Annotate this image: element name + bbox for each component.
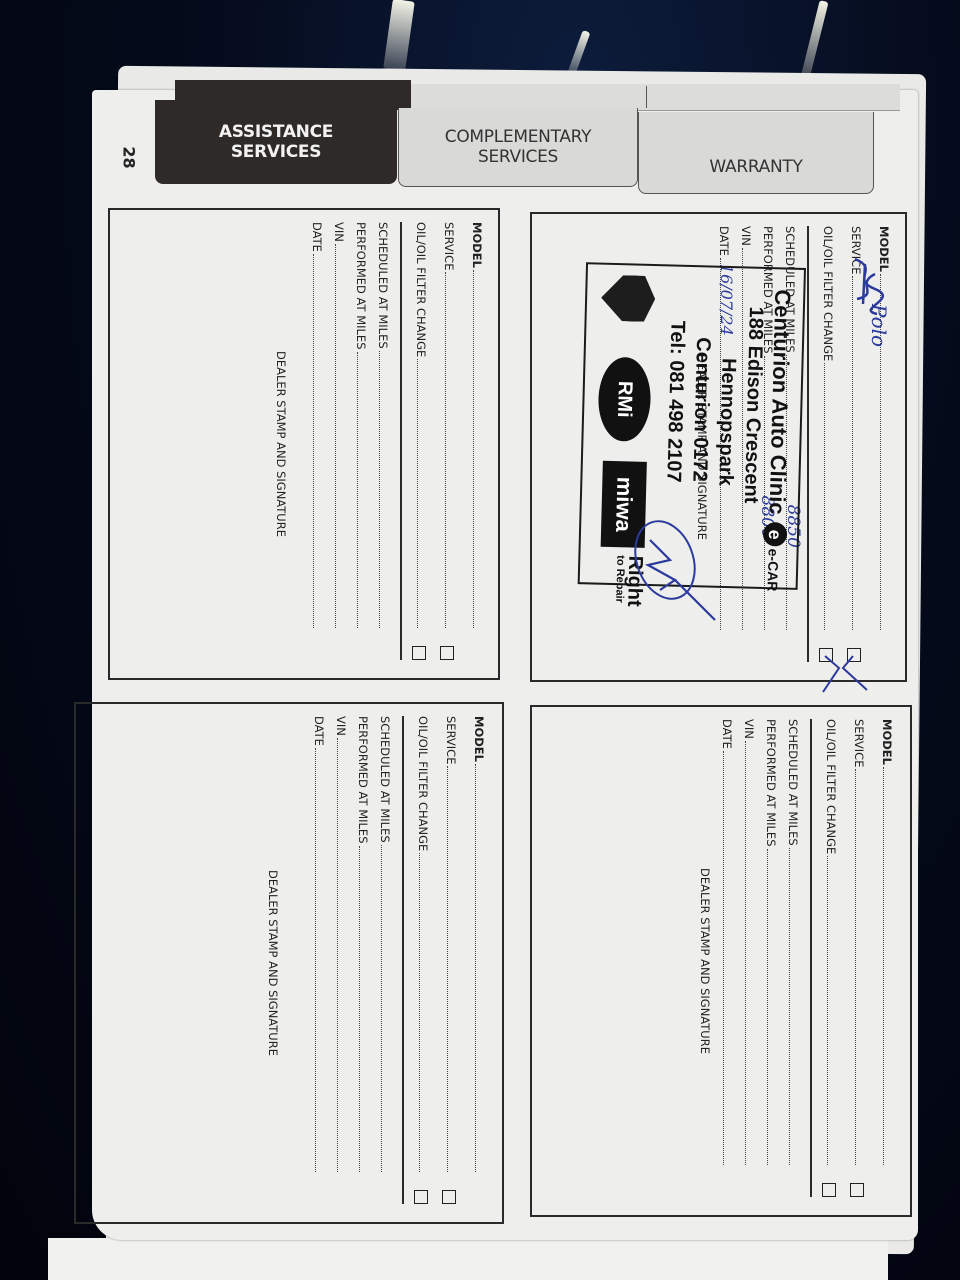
date-row: DATE: [312, 716, 330, 1172]
oil-filter-checkbox[interactable]: [414, 1190, 428, 1204]
service-field[interactable]: [447, 766, 448, 1172]
ecar-logo-icon: e: [763, 522, 788, 547]
date-label: DATE: [312, 716, 326, 748]
divider: [402, 716, 404, 1204]
scheduled-field[interactable]: [379, 351, 380, 628]
service-initials: [845, 254, 885, 324]
model-field[interactable]: [473, 270, 474, 628]
model-field[interactable]: [883, 767, 884, 1165]
service-field[interactable]: [855, 769, 856, 1165]
scheduled-label: SCHEDULED AT MILES: [378, 716, 392, 845]
vin-row: VIN: [332, 222, 350, 628]
tab-label: COMPLEMENTARY SERVICES: [433, 127, 603, 167]
divider: [807, 226, 809, 662]
oil-filter-field[interactable]: [417, 359, 418, 628]
model-field[interactable]: [475, 764, 476, 1172]
date-field[interactable]: [315, 748, 316, 1172]
tab-strip-behind: [410, 84, 900, 111]
oil-filter-row: OIL/OIL FILTER CHANGE: [416, 716, 434, 1172]
date-field[interactable]: [313, 254, 314, 628]
scheduled-label: SCHEDULED AT MILES: [376, 222, 390, 351]
scheduled-row: SCHEDULED AT MILES: [376, 222, 394, 628]
service-row: SERVICE: [442, 222, 460, 628]
oil-filter-checkbox[interactable]: [412, 646, 426, 660]
tab-label: WARRANTY: [709, 157, 802, 177]
light-reflection: [568, 30, 591, 75]
oil-filter-label: OIL/OIL FILTER CHANGE: [416, 716, 430, 853]
light-reflection: [800, 0, 828, 80]
vin-field[interactable]: [337, 738, 338, 1172]
service-label: SERVICE: [444, 716, 458, 766]
oil-filter-field[interactable]: [824, 363, 825, 630]
model-row: MODEL: [880, 719, 898, 1165]
dealer-signature: [620, 520, 720, 630]
oil-filter-row: OIL/OIL FILTER CHANGE: [824, 719, 842, 1165]
model-label: MODEL: [470, 222, 484, 270]
model-field[interactable]: Polo: [880, 274, 881, 630]
service-field[interactable]: [445, 272, 446, 628]
shield-logo-icon: [601, 275, 656, 322]
stamp-address-1: 188 Edison Crescent: [739, 306, 767, 503]
oil-filter-field[interactable]: [827, 856, 828, 1165]
performed-label: PERFORMED AT MILES: [764, 719, 778, 849]
service-row: SERVICE: [852, 719, 870, 1165]
date-row: DATE: [720, 719, 738, 1165]
vin-row: VIN: [742, 719, 760, 1165]
service-label: SERVICE: [852, 719, 866, 769]
scheduled-field[interactable]: [789, 848, 790, 1165]
date-label: DATE: [720, 719, 734, 751]
service-record-bottom-left: MODEL SERVICE OIL/OIL FILTER CHANGE SCHE…: [74, 702, 504, 1224]
oil-filter-label: OIL/OIL FILTER CHANGE: [821, 226, 835, 363]
dealer-stamp-label: DEALER STAMP AND SIGNATURE: [274, 210, 288, 678]
service-record-top-left: MODEL SERVICE OIL/OIL FILTER CHANGE SCHE…: [108, 208, 500, 680]
page-number: 28: [120, 146, 139, 168]
divider: [810, 719, 812, 1197]
performed-label: PERFORMED AT MILES: [356, 716, 370, 846]
model-label: MODEL: [472, 716, 486, 764]
performed-row: PERFORMED AT MILES: [764, 719, 782, 1165]
service-checkbox[interactable]: [850, 1183, 864, 1197]
vin-label: VIN: [332, 222, 346, 244]
underlying-page: [48, 1238, 888, 1280]
rmi-logo-icon: RMi: [597, 357, 651, 442]
tab-label: ASSISTANCE SERVICES: [211, 122, 341, 162]
performed-row: PERFORMED AT MILES: [356, 716, 374, 1172]
service-field[interactable]: [852, 276, 853, 630]
dealer-stamp-label: DEALER STAMP AND SIGNATURE: [266, 704, 280, 1222]
scheduled-label: SCHEDULED AT MILES: [786, 719, 800, 848]
date-row: DATE: [310, 222, 328, 628]
stamp-business-name: Centurion Auto Clinic ee-CAR: [762, 289, 796, 592]
oil-filter-label: OIL/OIL FILTER CHANGE: [414, 222, 428, 359]
oil-filter-checkbox[interactable]: [822, 1183, 836, 1197]
oil-filter-field[interactable]: [419, 853, 420, 1172]
oil-filter-row: OIL/OIL FILTER CHANGE: [414, 222, 432, 628]
model-row: MODEL: [470, 222, 488, 628]
service-checkbox[interactable]: [440, 646, 454, 660]
scheduled-row: SCHEDULED AT MILES: [378, 716, 396, 1172]
scheduled-row: SCHEDULED AT MILES: [786, 719, 804, 1165]
divider: [400, 222, 402, 660]
performed-field[interactable]: [359, 846, 360, 1173]
model-label: MODEL: [880, 719, 894, 767]
performed-field[interactable]: [357, 352, 358, 629]
vin-label: VIN: [739, 226, 753, 248]
stamp-address-3: Centurion 0172: [687, 337, 714, 482]
checkmark-icon: [819, 654, 869, 694]
stamp-address-2: Hennopspark: [713, 358, 739, 486]
service-record-bottom-right: MODEL SERVICE OIL/OIL FILTER CHANGE SCHE…: [530, 705, 912, 1217]
scheduled-field[interactable]: [381, 845, 382, 1172]
tab-assistance-services[interactable]: ASSISTANCE SERVICES: [155, 100, 397, 184]
service-row: SERVICE: [444, 716, 462, 1172]
service-label: SERVICE: [442, 222, 456, 272]
light-reflection: [383, 0, 415, 71]
vin-field[interactable]: [335, 244, 336, 628]
service-checkbox[interactable]: [442, 1190, 456, 1204]
stamp-phone: Tel: 081 498 2107: [661, 320, 688, 483]
oil-filter-label: OIL/OIL FILTER CHANGE: [824, 719, 838, 856]
tab-divider: [646, 86, 647, 108]
vin-label: VIN: [742, 719, 756, 741]
date-label: DATE: [310, 222, 324, 254]
model-row: MODEL: [472, 716, 490, 1172]
tab-complementary-services[interactable]: COMPLEMENTARY SERVICES: [398, 108, 638, 187]
performed-field[interactable]: [767, 849, 768, 1166]
date-field[interactable]: [723, 751, 724, 1165]
oil-filter-row: OIL/OIL FILTER CHANGE: [821, 226, 839, 630]
performed-label: PERFORMED AT MILES: [354, 222, 368, 352]
vin-field[interactable]: [745, 741, 746, 1165]
dealer-stamp-label: DEALER STAMP AND SIGNATURE: [698, 707, 712, 1215]
vin-label: VIN: [334, 716, 348, 738]
vin-row: VIN: [334, 716, 352, 1172]
performed-row: PERFORMED AT MILES: [354, 222, 372, 628]
date-label: DATE: [717, 226, 731, 258]
tab-warranty[interactable]: WARRANTY: [638, 112, 874, 194]
